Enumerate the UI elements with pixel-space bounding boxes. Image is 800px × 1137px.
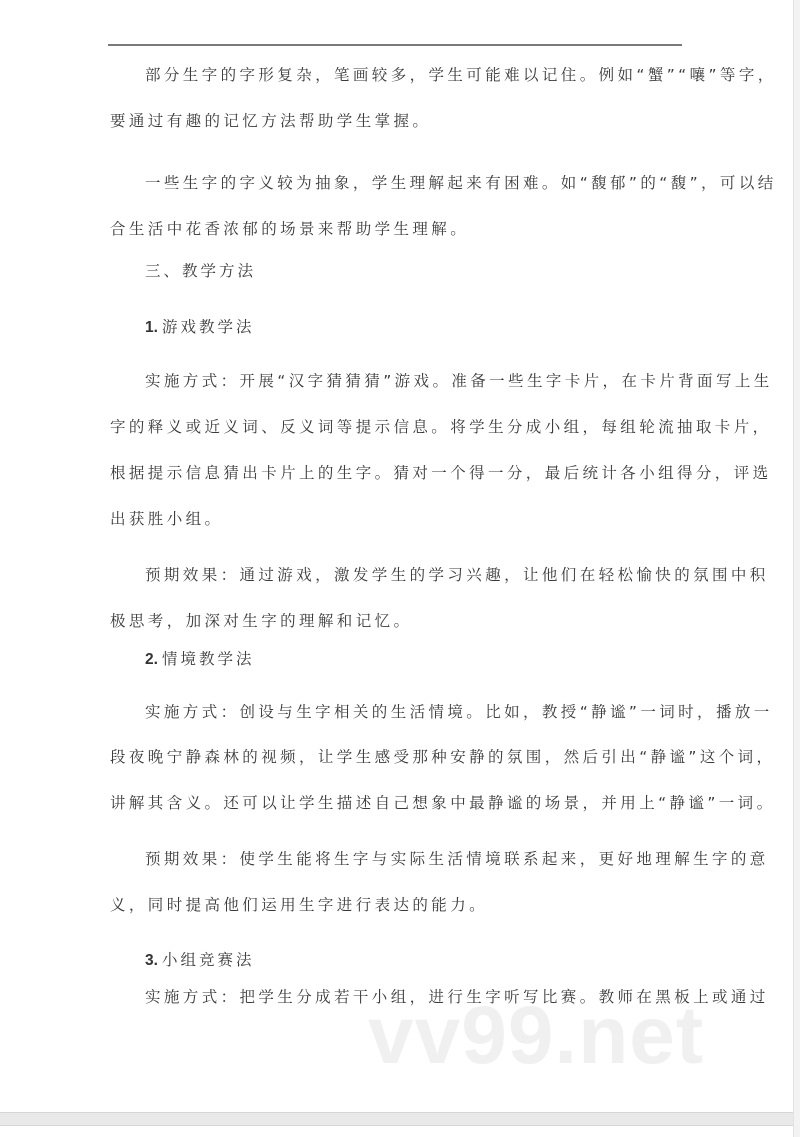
paragraph-line: 实施方式：开展“汉字猜猜猜”游戏。准备一些生字卡片，在卡片背面写上生 [145, 371, 773, 391]
page-separator [0, 1112, 793, 1126]
paragraph-line: 根据提示信息猜出卡片上的生字。猜对一个得一分，最后统计各小组得分，评选 [110, 463, 772, 483]
subsection-heading-3: 3.小组竞赛法 [145, 950, 254, 971]
header-rule [108, 44, 682, 46]
paragraph-line: 段夜晚宁静森林的视频，让学生感受那种安静的氛围，然后引出“静谧”这个词， [110, 747, 775, 767]
paragraph-line: 字的释义或近义词、反义词等提示信息。将学生分成小组，每组轮流抽取卡片， [110, 417, 772, 437]
paragraph-line: 合生活中花香浓郁的场景来帮助学生理解。 [110, 219, 469, 239]
paragraph-line: 实施方式：把学生分成若干小组，进行生字听写比赛。教师在黑板上或通过 [145, 987, 769, 1007]
viewer-scroll-edge[interactable] [793, 0, 800, 1137]
heading-text: 情境教学法 [162, 650, 255, 668]
subsection-heading-2: 2.情境教学法 [145, 649, 254, 670]
paragraph-line: 要通过有趣的记忆方法帮助学生掌握。 [110, 111, 431, 131]
heading-number: 3. [145, 952, 158, 969]
paragraph-line: 预期效果：使学生能将生字与实际生活情境联系起来，更好地理解生字的意 [145, 849, 769, 869]
heading-text: 小组竞赛法 [162, 951, 255, 969]
paragraph-line: 极思考，加深对生字的理解和记忆。 [110, 611, 412, 631]
heading-number: 1. [145, 319, 158, 336]
paragraph-line: 实施方式：创设与生字相关的生活情境。比如，教授“静谧”一词时，播放一 [145, 702, 773, 722]
next-page-top [0, 1126, 793, 1137]
paragraph-line: 出获胜小组。 [110, 509, 223, 529]
section-heading: 三、教学方法 [145, 261, 256, 281]
watermark: vv99.net [368, 995, 704, 1077]
paragraph-line: 义，同时提高他们运用生字进行表达的能力。 [110, 895, 488, 915]
heading-text: 游戏教学法 [162, 318, 255, 336]
paragraph-line: 预期效果：通过游戏，激发学生的学习兴趣，让他们在轻松愉快的氛围中积 [145, 565, 769, 585]
subsection-heading-1: 1.游戏教学法 [145, 317, 254, 338]
paragraph-line: 一些生字的字义较为抽象，学生理解起来有困难。如“馥郁”的“馥”，可以结 [145, 173, 777, 193]
paragraph-line: 部分生字的字形复杂，笔画较多，学生可能难以记住。例如“蟹”“嚷”等字， [145, 65, 777, 85]
heading-number: 2. [145, 651, 158, 668]
paragraph-line: 讲解其含义。还可以让学生描述自己想象中最静谧的场景，并用上“静谧”一词。 [110, 793, 775, 813]
document-page: vv99.net 部分生字的字形复杂，笔画较多，学生可能难以记住。例如“蟹”“嚷… [0, 0, 793, 1100]
